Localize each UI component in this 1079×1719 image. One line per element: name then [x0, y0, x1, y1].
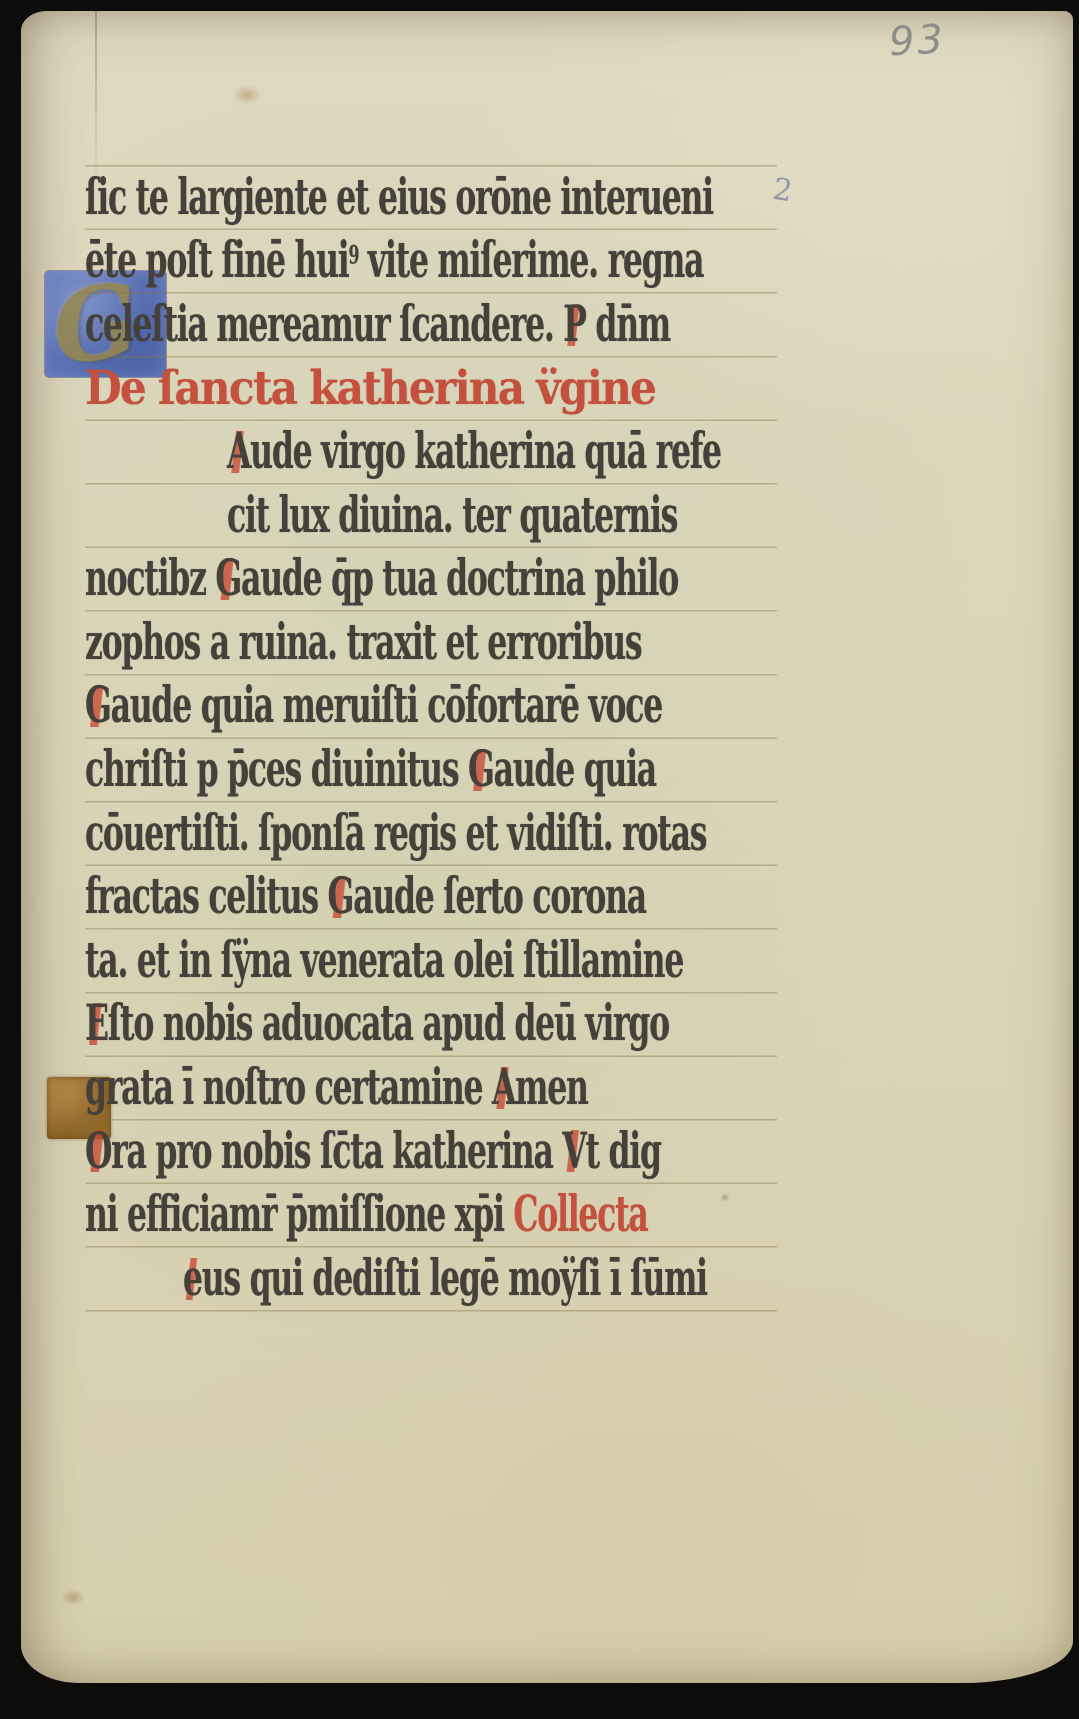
text-line: grata ī noſtro certamine Amen	[85, 1055, 777, 1119]
text-line: ſic te largiente et eius orōne interueni…	[85, 165, 777, 229]
text-block: ſic te largiente et eius orōne interueni…	[85, 165, 777, 1313]
text-line: De ſancta katherina v̈gine	[85, 356, 777, 420]
manuscript-page: 93 G ſic te largiente et eius orōne inte…	[21, 11, 1073, 1683]
text-line: Ora pro nobis ſc̄ta katherina Vt dig	[85, 1119, 777, 1183]
text-line: ni efficiamr̄ p̄miſſione xp̄i Collecta	[85, 1183, 777, 1247]
margin-mark: 2	[770, 172, 795, 210]
text-line: ēte poſt finē hui9 vite miſerime. regna	[85, 229, 777, 293]
text-line: noctibz Gaude q̄p tua doctrina philo	[85, 547, 777, 611]
text-line: celeſtia mereamur ſcandere. P dn̄m	[85, 292, 777, 356]
text-line: chriſti p p̄ces diuinitus Gaude quia	[85, 737, 777, 801]
text-line: cit lux diuina. ter quaternis	[85, 483, 777, 547]
text-line: fractas celitus Gaude ſerto corona	[85, 865, 777, 929]
manuscript-photo: 93 G ſic te largiente et eius orōne inte…	[0, 0, 1079, 1719]
folio-number: 93	[888, 15, 980, 66]
text-line: Aude virgo katherina quā refe	[85, 419, 777, 483]
text-line: zophos a ruina. traxit et erroribus	[85, 610, 777, 674]
page-crease	[95, 11, 97, 189]
text-line: eus qui dediſti legē moÿſi ī ſūmi	[85, 1246, 777, 1310]
text-line: Gaude quia meruiſti cōfortarē voce	[85, 674, 777, 738]
stain	[233, 85, 261, 105]
text-line: Eſto nobis aduocata apud deū virgo	[85, 992, 777, 1056]
text-line: cōuertiſti. ſponſā regis et vidiſti. rot…	[85, 801, 777, 865]
stain	[61, 1589, 85, 1606]
text-line: ta. et in ſÿna venerata olei ſtillamine	[85, 928, 777, 992]
